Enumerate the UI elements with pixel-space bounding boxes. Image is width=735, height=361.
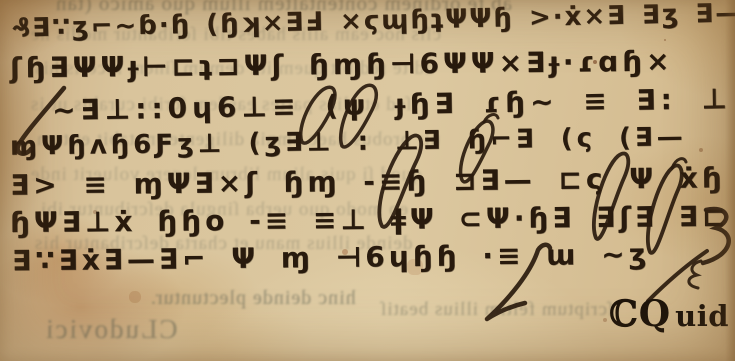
cipher-line: ∃∵∃ẋ∃—∃⌐ Ψ ɱ ⊣6ɥɧɧ ·≡ ɯ ~ʒ xyxy=(12,238,651,278)
bleed-through-text-plectuntur: hinc deinde plectuntur. xyxy=(150,287,356,310)
page-edge-shadow xyxy=(725,0,735,361)
capitulum-mark: ℂ xyxy=(609,293,638,335)
manuscript-page: ab te ordinem contentaſtem illum quo ami… xyxy=(0,0,735,361)
cipher-line: ~∃⊥::0ɥ6⊥≡ (ψ ɟɧ∃ ɾɧ~ ≡ ∃: ⊥ xyxy=(52,82,733,127)
verso-signature-ludovici: CLudovici xyxy=(44,314,178,345)
catchword-rest: uid xyxy=(675,299,729,333)
bleed-through-text: ſcriptum feltim illius beatiſ xyxy=(380,299,613,321)
catchword: ℂQuid xyxy=(609,296,729,332)
cipher-line: Ǝ> ≡ ɱΨ∃×ʃ ɧɱ -≡ɧ ⊐∃— ⊏ς Ψ ẋɧ xyxy=(10,161,726,201)
cipher-line: ʃɧ∃ΨΨɟ⊢⊏ʇ⊐Ψʃ ɧɱɧ⊣6ΨΨ×∃ɟ·ɾɑɧ× xyxy=(10,45,674,85)
flourish-stroke xyxy=(689,261,701,288)
catchword-initial: Q xyxy=(639,293,670,335)
cipher-line: ɧΨ∃⊥ẋ ɧɧo -≡ ≡⊥ ǂΨ ⊂Ψ·ɧ∃ ∃ʃ∃ ∃⊏ xyxy=(10,200,730,239)
